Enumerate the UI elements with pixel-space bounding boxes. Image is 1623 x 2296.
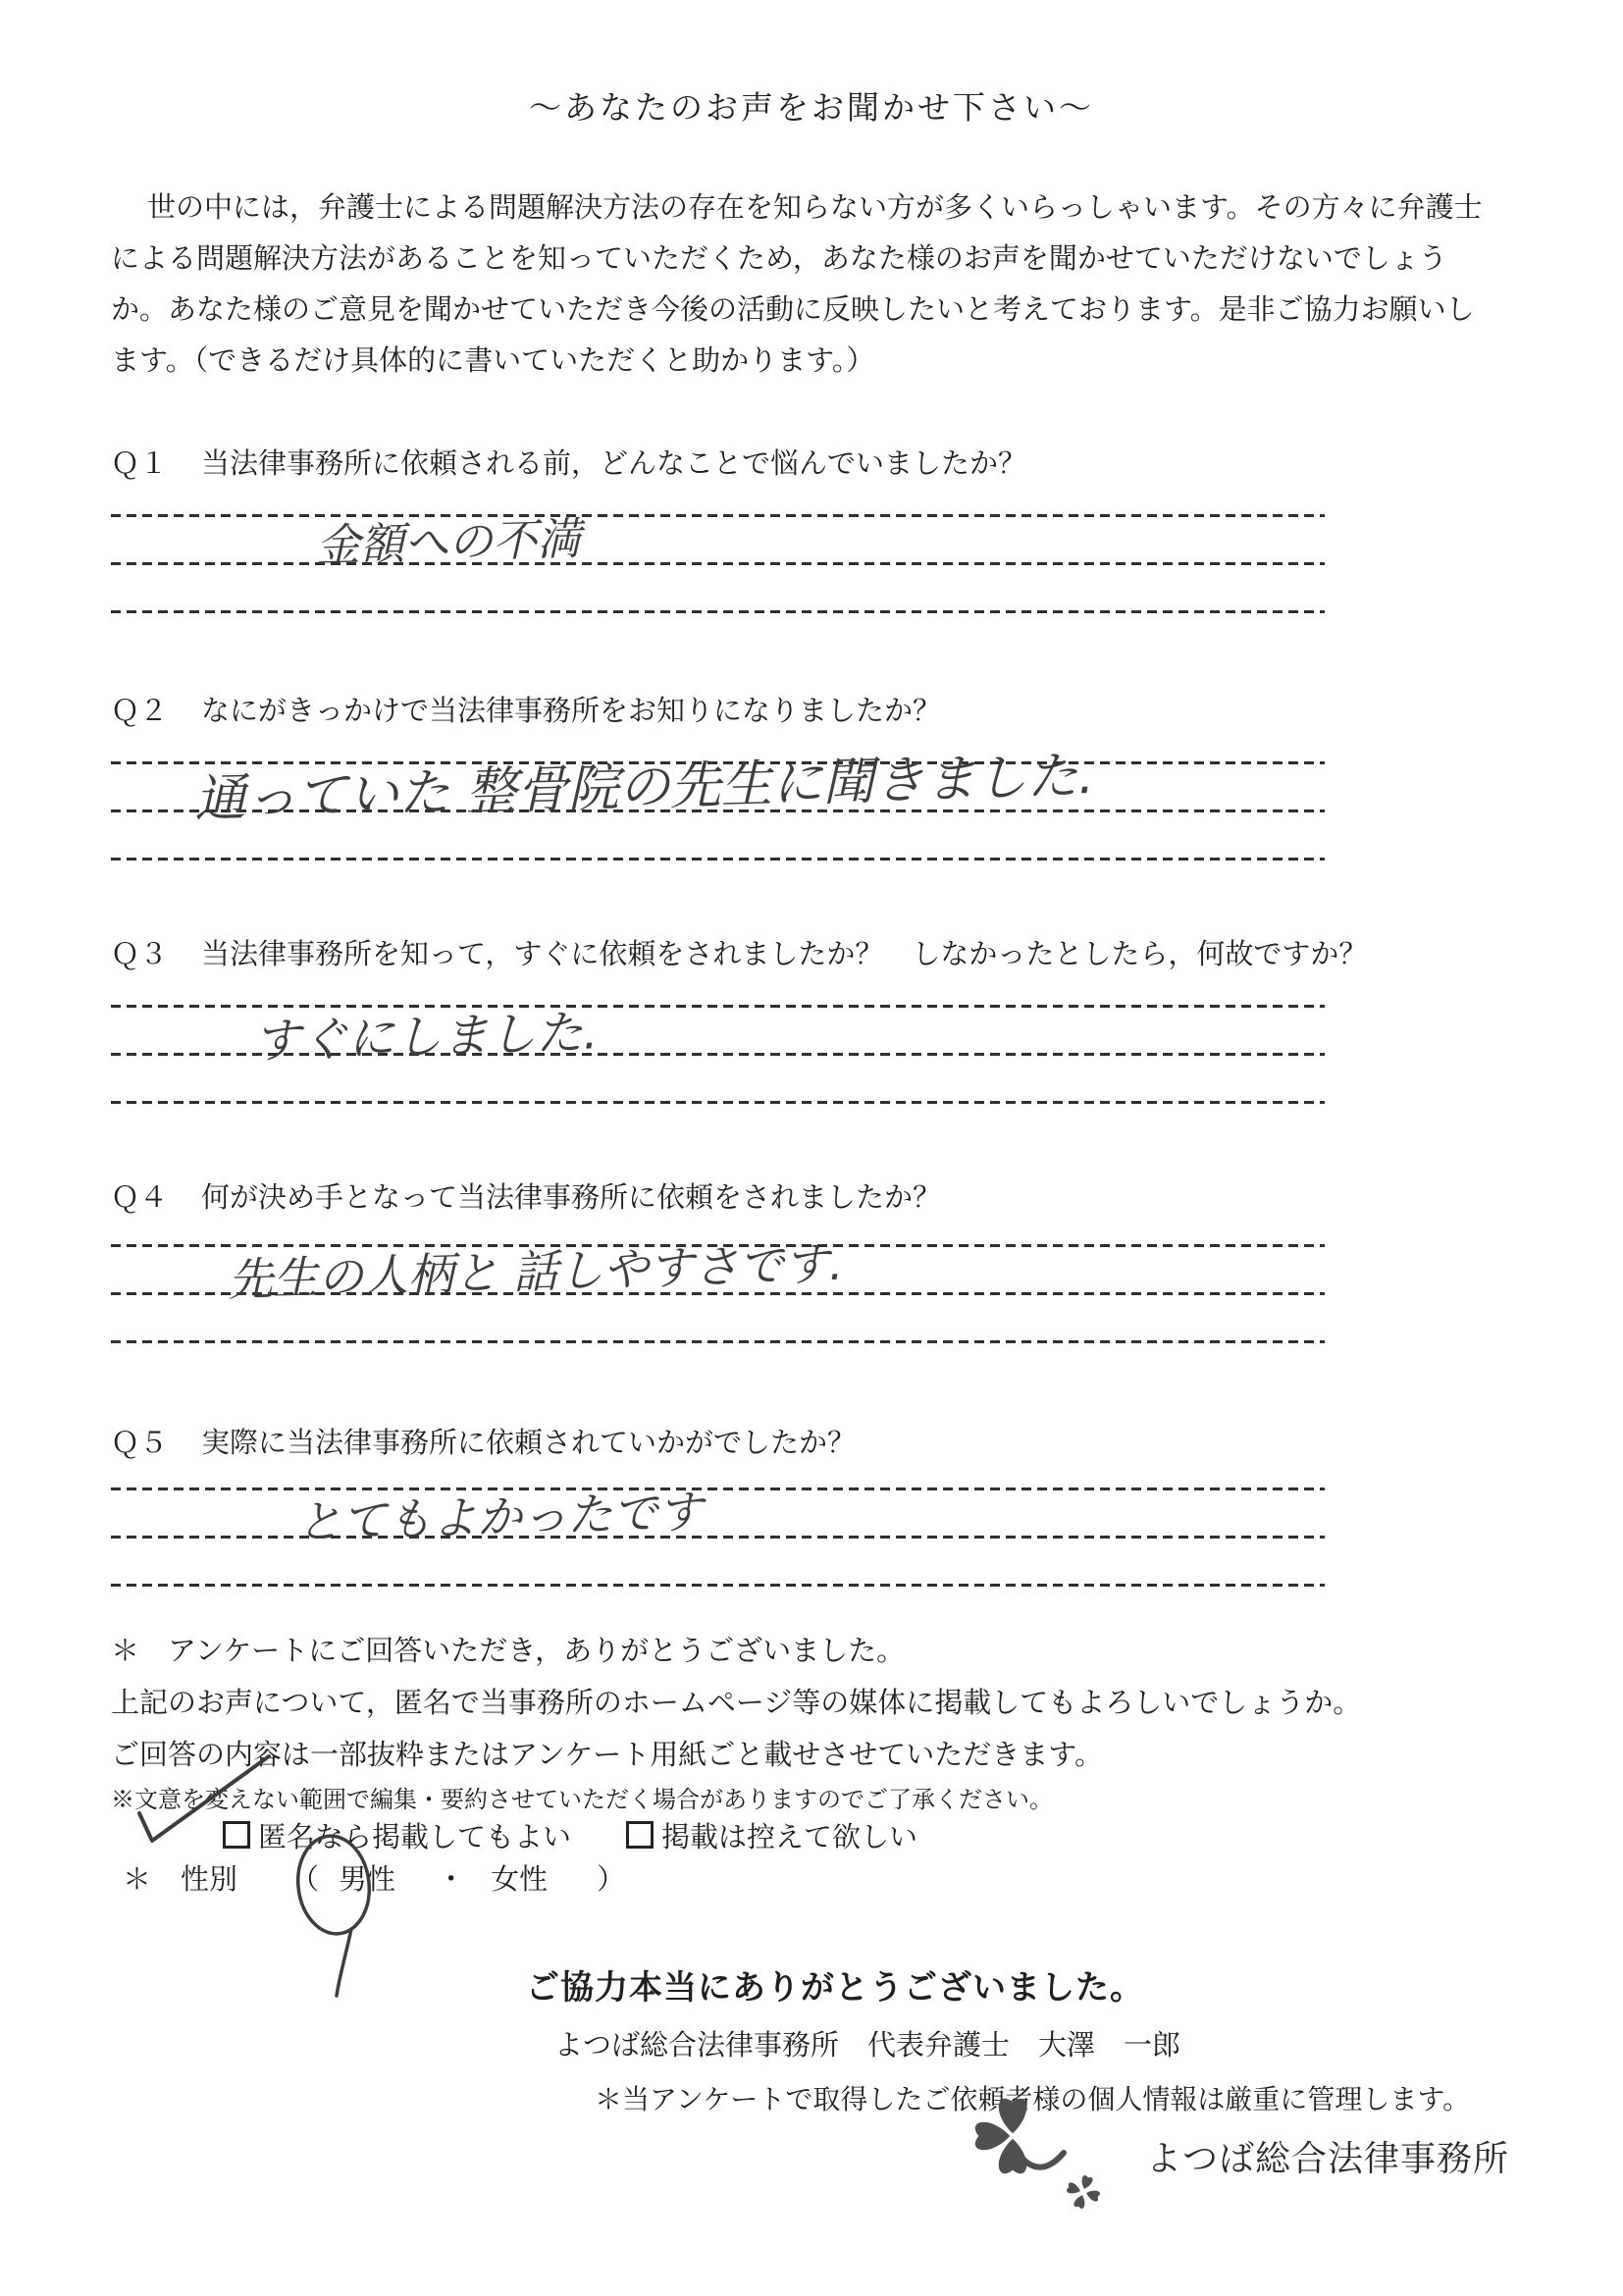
checkbox-publish-decline[interactable]: [626, 1821, 654, 1849]
gender-option-female: 女性: [491, 1857, 548, 1898]
question-5-label: Ｑ５: [111, 1421, 168, 1461]
intro-line: か。あなた様のご意見を聞かせていただき今後の活動に反映したいと考えております。是…: [111, 285, 1524, 336]
answer-line: [111, 1101, 1325, 1104]
intro-line: による問題解決方法があることを知っていただくため，あなた様のお声を聞かせていただ…: [111, 234, 1524, 285]
question-2-label: Ｑ２: [111, 689, 168, 729]
question-4-text: 何が決め手となって当法律事務所に依頼をされましたか？: [201, 1175, 941, 1216]
answer-line: [111, 1584, 1325, 1587]
answer-line: [111, 858, 1325, 861]
gender-asterisk: ＊: [123, 1857, 151, 1898]
handwritten-answer-q5: とてもよかったです: [295, 1477, 704, 1552]
question-4-label: Ｑ４: [111, 1175, 168, 1216]
intro-line: 世の中には，弁護士による問題解決方法の存在を知らない方が多くいらっしゃいます。そ…: [111, 183, 1524, 234]
gender-label: 性別: [181, 1857, 237, 1898]
handwritten-checkmark: [130, 1748, 287, 1856]
question-3-label: Ｑ３: [111, 932, 168, 972]
closing-thanks-note: ＊ アンケートにご回答いただき，ありがとうございました。: [111, 1629, 905, 1669]
question-1-label: Ｑ１: [111, 442, 168, 482]
survey-page: ～あなたのお声をお聞かせ下さい～ 世の中には，弁護士による問題解決方法の存在を知…: [0, 0, 1623, 2296]
answer-line: [111, 610, 1325, 613]
question-5-text: 実際に当法律事務所に依頼されていかがでしたか？: [201, 1421, 856, 1461]
answer-line: [111, 1340, 1325, 1343]
answer-line: [111, 562, 1325, 565]
intro-line: ます。（できるだけ具体的に書いていただくと助かります。）: [111, 336, 1524, 387]
answer-lines-q5: [111, 1487, 1325, 1632]
footer-thanks: ご協力本当にありがとうございました。: [526, 1960, 1144, 2009]
handwritten-circle-male: [287, 1831, 404, 2008]
gender-paren-close: ）: [597, 1857, 625, 1898]
question-3-text: 当法律事務所を知って，すぐに依頼をされましたか？ しなかったとしたら，何故ですか…: [201, 932, 1367, 972]
answer-line: [111, 514, 1325, 517]
question-2-text: なにがきっかけで当法律事務所をお知りになりましたか？: [201, 689, 941, 729]
intro-paragraph: 世の中には，弁護士による問題解決方法の存在を知らない方が多くいらっしゃいます。そ…: [111, 183, 1524, 387]
page-title: ～あなたのお声をお聞かせ下さい～: [0, 82, 1623, 129]
gender-separator: ・: [437, 1857, 465, 1898]
consent-option-decline[interactable]: 掲載は控えて欲しい: [626, 1815, 917, 1855]
handwritten-answer-q3: すぐにしました.: [252, 994, 599, 1070]
handwritten-answer-q1: 金額への不満: [315, 502, 582, 573]
closing-publish-request: 上記のお声について，匿名で当事務所のホームページ等の媒体に掲載してもよろしいでし…: [111, 1681, 1361, 1721]
question-1-text: 当法律事務所に依頼される前，どんなことで悩んでいましたか？: [201, 442, 1026, 482]
four-leaf-clover-icon: [964, 2092, 1140, 2219]
footer-firm-line: よつば総合法律事務所 代表弁護士 大澤 一郎: [554, 2023, 1180, 2063]
answer-lines-q1: [111, 514, 1325, 658]
footer-logo-text: よつば総合法律事務所: [1146, 2131, 1509, 2181]
answer-line: [111, 1487, 1325, 1490]
consent-option-decline-label: 掲載は控えて欲しい: [661, 1822, 917, 1853]
answer-line: [111, 1536, 1325, 1539]
